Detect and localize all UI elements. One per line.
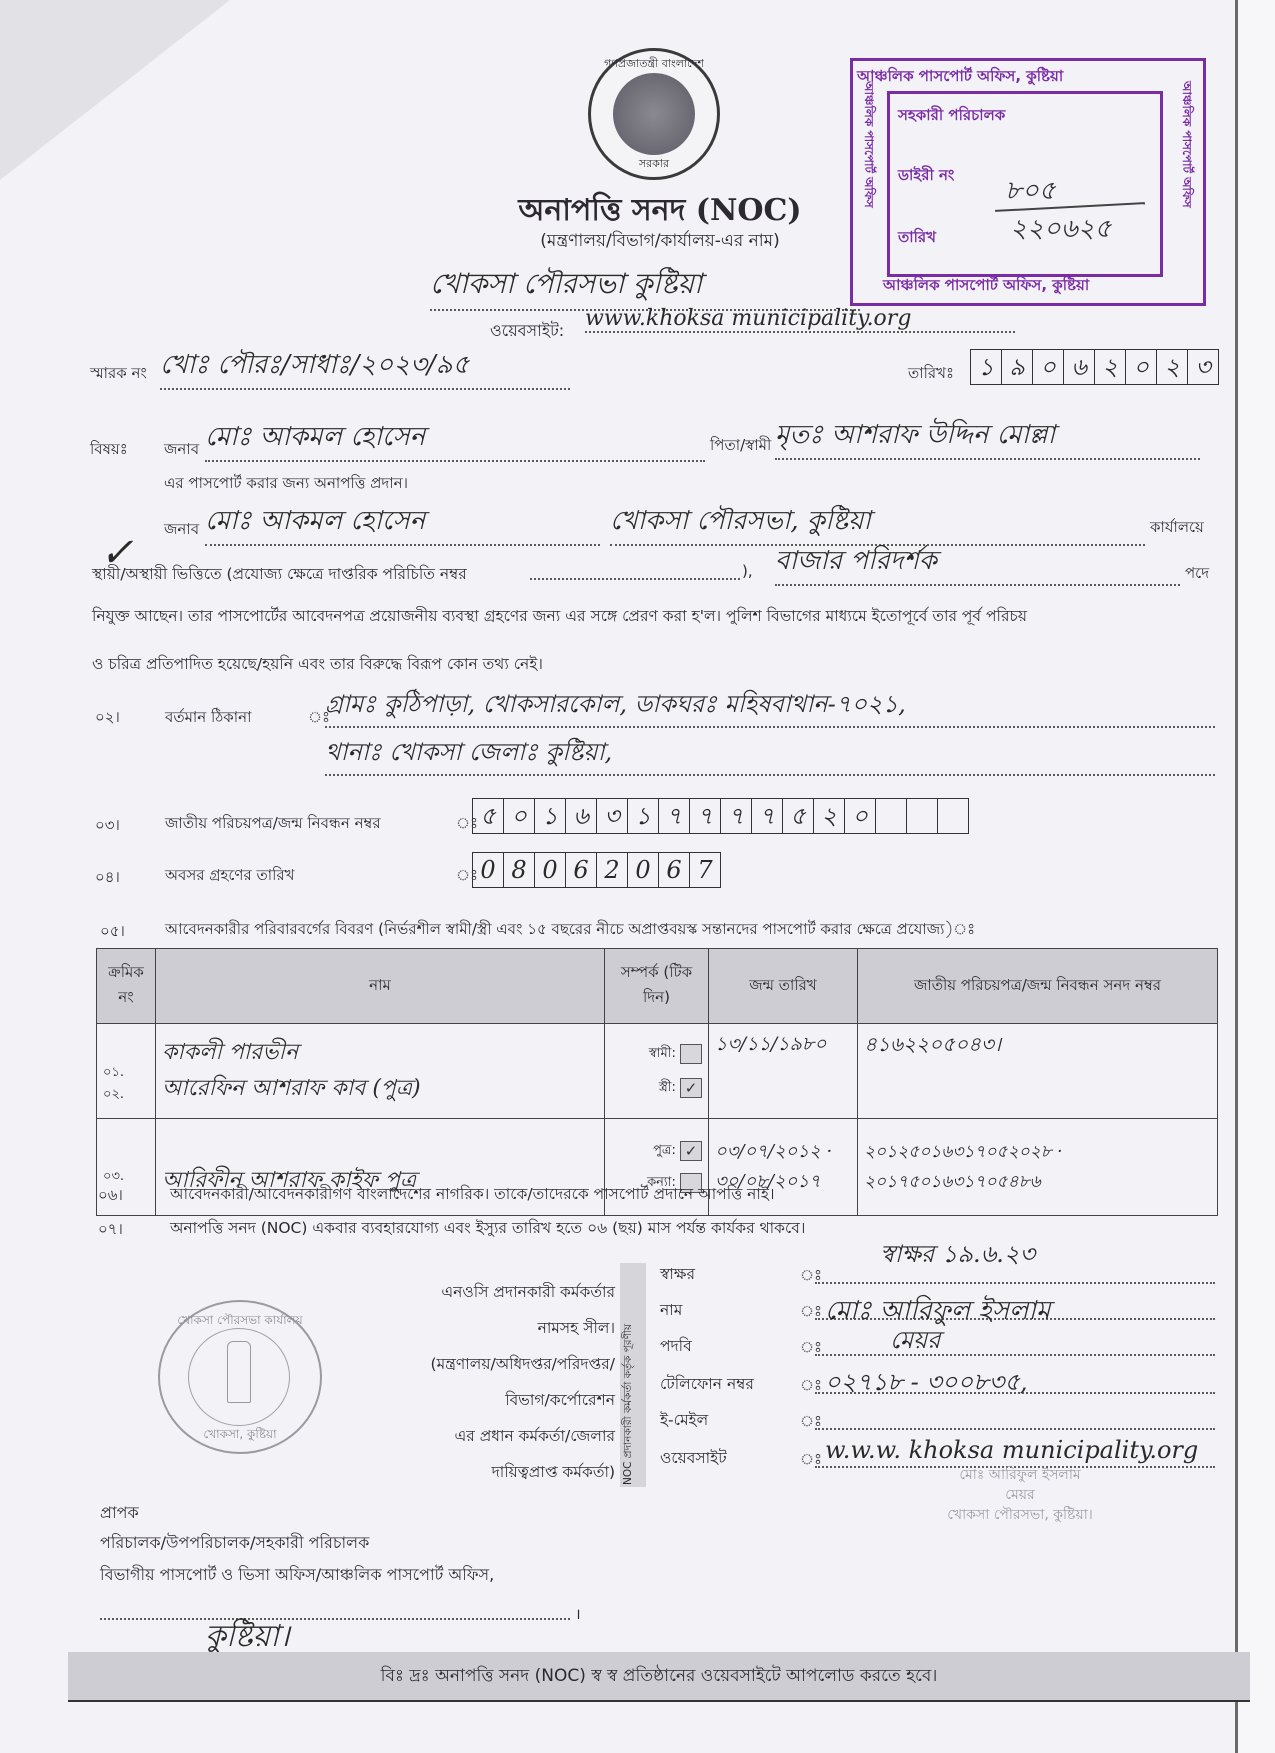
issuer-left-line: দায়িত্বপ্রাপ্ত কর্মকর্তা) bbox=[355, 1460, 615, 1486]
nid-digit: ৭ bbox=[690, 799, 721, 833]
nid-num: ০৩। bbox=[95, 814, 120, 839]
retirement-digit: 0 bbox=[473, 853, 504, 887]
nid-digit: ২ bbox=[814, 799, 845, 833]
relation-checkbox-checked[interactable]: ✓ bbox=[680, 1141, 702, 1161]
issuer-left-line: এর প্রধান কর্মকর্তা/জেলার bbox=[355, 1424, 615, 1450]
seal-text-bottom: খোকসা, কুষ্টিয়া bbox=[160, 1426, 320, 1446]
vertical-note: NOC প্রদানকারী কর্মকর্তা কর্তৃক পূরণীয় bbox=[620, 1263, 646, 1487]
nid-digit: ০ bbox=[845, 799, 876, 833]
recipient-line-1: পরিচালক/উপপরিচালক/সহকারী পরিচালক bbox=[100, 1530, 369, 1557]
signature-value: স্বাক্ষর ১৯.৬.২৩ bbox=[880, 1236, 1035, 1276]
nid-label: জাতীয় পরিচয়পত্র/জন্ম নিবন্ধন নম্বর bbox=[165, 812, 381, 837]
retirement-num: ০৪। bbox=[95, 866, 120, 891]
post-name: বাজার পরিদর্শক bbox=[775, 540, 1180, 586]
emblem-ring-bottom: সরকার bbox=[591, 155, 717, 174]
relation-checkbox-checked[interactable]: ✓ bbox=[680, 1078, 702, 1098]
issuer-left-line: নামসহ সীল। bbox=[355, 1316, 615, 1342]
stamp-side-text-right: আঞ্চলিক পাসপোর্ট অফিস bbox=[1177, 81, 1197, 208]
retirement-digit: 0 bbox=[535, 853, 566, 887]
recipient-line-2: বিভাগীয় পাসপোর্ট ও ভিসা অফিস/আঞ্চলিক পা… bbox=[100, 1562, 494, 1589]
nid-digit: ৭ bbox=[752, 799, 783, 833]
address-line-1: গ্রামঃ কুঠিপাড়া, খোকসারকোল, ডাকঘরঃ মহিষ… bbox=[325, 686, 1215, 728]
family-label: আবেদনকারীর পরিবারবর্গের বিবরণ (নির্ভরশীল… bbox=[165, 918, 975, 943]
header-id-number: জাতীয় পরিচয়পত্র/জন্ম নিবন্ধন সনদ নম্বর bbox=[858, 949, 1218, 1024]
relation-label: স্বামী: bbox=[649, 1046, 676, 1061]
member-id: ২০১২৫০১৬৩১৭০৫২০২৮ · ২০১৭৫০১৬৩১৭০৫৪৮৬ bbox=[858, 1119, 1218, 1216]
footer-note: বিঃ দ্রঃ অনাপত্তি সনদ (NOC) স্ব স্ব প্রত… bbox=[68, 1652, 1250, 1702]
basis-close: ), bbox=[742, 562, 753, 580]
retirement-digit: 2 bbox=[597, 853, 628, 887]
memo-number: খোঃ পৌরঃ/সাধাঃ/২০২৩/৯৫ bbox=[160, 344, 570, 390]
date-digit: ২ bbox=[1095, 350, 1126, 384]
date-boxes: ১৯০৬২০২৩ bbox=[970, 349, 1219, 385]
nid-digit: ৭ bbox=[721, 799, 752, 833]
family-table: ক্রমিক নং নাম সম্পর্ক (টিক দিন) জন্ম তার… bbox=[96, 948, 1218, 1216]
date-label: তারিখঃ bbox=[908, 362, 954, 387]
nid-digit: ৭ bbox=[659, 799, 690, 833]
post-suffix: পদে bbox=[1185, 562, 1209, 587]
citizen-num: ০৬। bbox=[98, 1184, 123, 1209]
nid-digit bbox=[907, 799, 938, 833]
header-serial: ক্রমিক নং bbox=[97, 949, 156, 1024]
name-stamp-line: মোঃ আরিফুল ইসলাম bbox=[890, 1465, 1150, 1485]
nid-digit bbox=[876, 799, 907, 833]
website-value: www.khoksa municipality.org bbox=[585, 306, 1015, 333]
website-label: ওয়েবসাইট: bbox=[490, 318, 564, 345]
diary-date: ২২০৬২৫ bbox=[1010, 208, 1111, 252]
basis-text: স্থায়ী/অস্থায়ী ভিত্তিতে (প্রযোজ্য ক্ষে… bbox=[92, 562, 467, 588]
name-stamp-line: খোকসা পৌরসভা, কুষ্টিয়া। bbox=[890, 1505, 1150, 1525]
field-label-website: ওয়েবসাইট bbox=[660, 1446, 727, 1472]
nid-digit: ৫ bbox=[473, 799, 504, 833]
page-subtitle: (মন্ত্রণালয়/বিভাগ/কার্যালয়-এর নাম) bbox=[470, 228, 850, 256]
date-digit: ৯ bbox=[1002, 350, 1033, 384]
official-id-field bbox=[530, 578, 740, 580]
body-janab: জনাব bbox=[164, 518, 199, 543]
nid-digit: ৫ bbox=[783, 799, 814, 833]
nid-digit: ১ bbox=[535, 799, 566, 833]
table-row: ০১. ০২. কাকলী পারভীন আরেফিন আশরাফ কাব (প… bbox=[97, 1024, 1218, 1119]
field-label-designation: পদবি bbox=[660, 1334, 692, 1360]
relation-checkbox[interactable] bbox=[680, 1044, 702, 1064]
serial: ০১. bbox=[103, 1062, 149, 1084]
tick-mark-icon: ✓ bbox=[100, 530, 134, 576]
retirement-digit: 7 bbox=[690, 853, 720, 887]
issuer-designation-value: মেয়র bbox=[890, 1322, 940, 1362]
body-paragraph-3: ও চরিত্র প্রতিপাদিত হয়েছে/হয়নি এবং তার… bbox=[92, 652, 543, 678]
stamp-assistant-director: সহকারী পরিচালক bbox=[898, 104, 1005, 129]
stamp-side-text-left: আঞ্চলিক পাসপোর্ট অফিস bbox=[859, 81, 879, 208]
date-digit: ৩ bbox=[1188, 350, 1218, 384]
retirement-label: অবসর গ্রহণের তারিখ bbox=[165, 864, 295, 889]
memo-label: স্মারক নং bbox=[90, 362, 147, 387]
validity-num: ০৭। bbox=[98, 1218, 123, 1243]
stamp-bottom-text: আঞ্চলিক পাসপোর্ট অফিস, কুষ্টিয়া bbox=[883, 274, 1089, 299]
recipient-city-field bbox=[100, 1618, 570, 1620]
member-name: কাকলী পারভীন bbox=[162, 1035, 598, 1071]
nid-digit: ৬ bbox=[566, 799, 597, 833]
emblem-map-icon bbox=[613, 73, 695, 155]
relation-label: স্ত্রী: bbox=[659, 1080, 676, 1095]
issuer-left-line: (মন্ত্রণালয়/অধিদপ্তর/পরিদপ্তর/ bbox=[355, 1352, 615, 1378]
serial: ০২. bbox=[103, 1084, 149, 1106]
issuer-telephone-value: ০২৭১৮ - ৩০০৮৩৫, bbox=[825, 1364, 1028, 1404]
field-label-telephone: টেলিফোন নম্বর bbox=[660, 1372, 754, 1398]
date-digit: ০ bbox=[1033, 350, 1064, 384]
retirement-date-boxes: 08062067 bbox=[472, 852, 721, 888]
page-edge bbox=[1235, 0, 1275, 1753]
stamp-date-label: তারিখ bbox=[898, 226, 936, 251]
name-stamp-line: মেয়র bbox=[890, 1485, 1150, 1505]
name-stamp: মোঃ আরিফুল ইসলাম মেয়র খোকসা পৌরসভা, কুষ… bbox=[890, 1465, 1150, 1525]
header-name: নাম bbox=[156, 949, 605, 1024]
stamp-top-text: আঞ্চলিক পাসপোর্ট অফিস, কুষ্টিয়া bbox=[857, 65, 1063, 90]
member-name: আরেফিন আশরাফ কাব (পুত্র) bbox=[162, 1071, 598, 1107]
nid-digit: ১ bbox=[628, 799, 659, 833]
folded-corner bbox=[0, 0, 230, 180]
field-label-signature: স্বাক্ষর bbox=[660, 1262, 695, 1288]
header-dob: জন্ম তারিখ bbox=[709, 949, 858, 1024]
field-label-email: ই-মেইল bbox=[660, 1408, 708, 1434]
subject-name: মোঃ আকমল হোসেন bbox=[205, 416, 705, 462]
family-num: ০৫। bbox=[100, 920, 125, 945]
nid-boxes: ৫০১৬৩১৭৭৭৭৫২০ bbox=[472, 798, 969, 834]
father-name: মৃতঃ আশরাফ উদ্দিন মোল্লা bbox=[775, 414, 1200, 460]
date-digit: ০ bbox=[1126, 350, 1157, 384]
recipient-label: প্রাপক bbox=[100, 1500, 139, 1527]
issuer-left-line: এনওসি প্রদানকারী কর্মকর্তার bbox=[355, 1280, 615, 1306]
citizen-text: আবেদনকারী/আবেদনকারীগণ বাংলাদেশের নাগরিক।… bbox=[170, 1182, 775, 1208]
emblem-ring-top: গণপ্রজাতন্ত্রী বাংলাদেশ bbox=[591, 55, 717, 74]
address-num: ০২। bbox=[95, 706, 120, 731]
retirement-digit: 6 bbox=[659, 853, 690, 887]
date-digit: ৬ bbox=[1064, 350, 1095, 384]
noc-document: গণপ্রজাতন্ত্রী বাংলাদেশ সরকার অনাপত্তি স… bbox=[0, 0, 1275, 1753]
office-name: খোকসা পৌরসভা কুষ্টিয়া bbox=[430, 262, 860, 311]
validity-text: অনাপত্তি সনদ (NOC) একবার ব্যবহারযোগ্য এব… bbox=[170, 1216, 805, 1242]
stamp-diary-label: ডাইরী নং bbox=[898, 164, 954, 189]
nid-digit: ৩ bbox=[597, 799, 628, 833]
header-relation: সম্পর্ক (টিক দিন) bbox=[605, 949, 709, 1024]
retirement-digit: 0 bbox=[628, 853, 659, 887]
subject-janab: জনাব bbox=[164, 438, 199, 463]
address-label: বর্তমান ঠিকানা bbox=[165, 706, 251, 731]
issuer-website-value: w.w.w. khoksa municipality.org bbox=[825, 1436, 1198, 1464]
subject-line2: এর পাসপোর্ট করার জন্য অনাপত্তি প্রদান। bbox=[164, 472, 408, 497]
body-name: মোঃ আকমল হোসেন bbox=[205, 500, 600, 546]
issuer-left-line: বিভাগ/কর্পোরেশন bbox=[355, 1388, 615, 1414]
government-emblem: গণপ্রজাতন্ত্রী বাংলাদেশ সরকার bbox=[588, 48, 720, 180]
nid-digit bbox=[938, 799, 968, 833]
member-id: ৪১৬২২০৫০৪৩। bbox=[858, 1024, 1218, 1119]
body-paragraph-2: নিযুক্ত আছেন। তার পাসপোর্টের আবেদনপত্র প… bbox=[92, 604, 1027, 630]
retirement-digit: 8 bbox=[504, 853, 535, 887]
municipality-seal: খোকসা পৌরসভা কার্যালয় খোকসা, কুষ্টিয়া bbox=[158, 1300, 322, 1454]
retirement-digit: 6 bbox=[566, 853, 597, 887]
field-label-name: নাম bbox=[660, 1298, 682, 1324]
relation-label: পুত্র: bbox=[653, 1143, 676, 1158]
member-dob: ১৩/১১/১৯৮০ bbox=[709, 1024, 858, 1119]
father-label: পিতা/স্বামী bbox=[710, 434, 771, 459]
nid-digit: ০ bbox=[504, 799, 535, 833]
date-digit: ২ bbox=[1157, 350, 1188, 384]
date-digit: ১ bbox=[971, 350, 1002, 384]
lamp-icon bbox=[188, 1328, 290, 1426]
office-suffix: কার্যালয়ে bbox=[1150, 516, 1204, 541]
subject-label: বিষয়ঃ bbox=[90, 438, 128, 463]
address-line-2: থানাঃ খোকসা জেলাঃ কুষ্টিয়া, bbox=[325, 734, 1215, 776]
